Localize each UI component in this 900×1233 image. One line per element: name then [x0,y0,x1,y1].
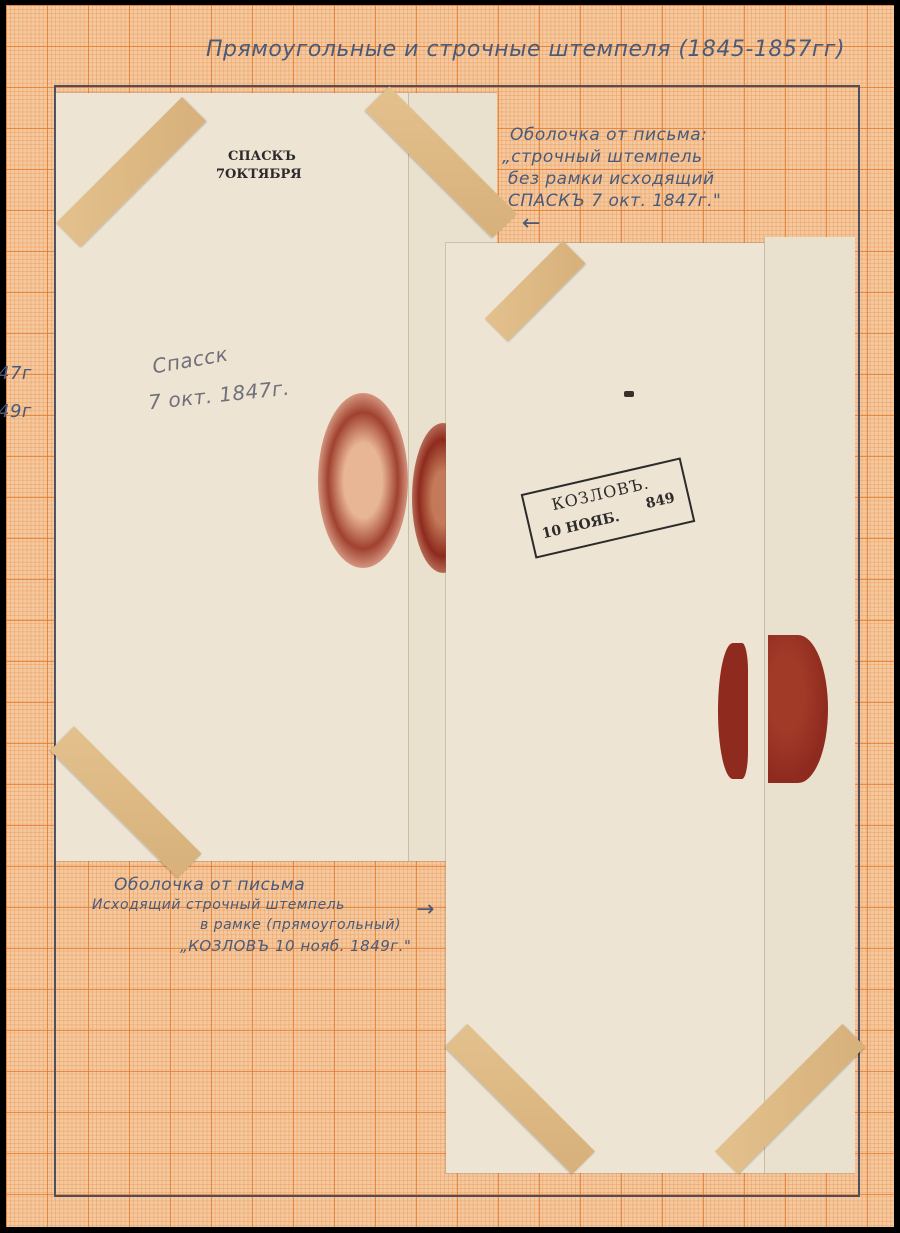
margin-note-top: 47г [0,363,32,384]
note-line: в рамке (прямоугольный) [200,917,401,933]
wax-seal-right-half [768,635,828,783]
note-line: „строчный штемпель [502,147,702,167]
margin-note-bottom: 49г [0,401,32,422]
page-title: Прямоугольные и строчные штемпеля (1845-… [206,37,845,62]
kozlov-postmark: КОЗЛОВЪ. 10 НОЯБ. 849 [521,457,696,558]
frame-right [858,85,860,1197]
note-line: „КОЗЛОВЪ 10 нояб. 1849г." [180,937,411,955]
spassk-postmark-line2: 7ОКТЯБРЯ [216,167,302,182]
ink-mark [624,391,634,397]
frame-top [54,85,860,87]
note-line: Оболочка от письма [114,875,305,895]
kozlov-postmark-line1: КОЗЛОВЪ. [550,473,651,514]
spassk-pencil-line1: Спасск [150,342,229,379]
cover-spassk: СПАСКЪ 7ОКТЯБРЯ Спасск 7 окт. 1847г. [56,93,496,861]
kozlov-postmark-line2: 10 НОЯБ. [540,509,621,542]
wax-seal-left-half [318,393,408,568]
note-line: СПАСКЪ 7 окт. 1847г." [508,191,721,211]
wax-seal-left-fragment [718,643,748,779]
arrow-left-icon: ← [522,211,541,236]
kozlov-postmark-year: 849 [644,490,676,512]
arrow-right-icon: → [416,897,435,922]
spassk-postmark-line1: СПАСКЪ [228,149,296,164]
note-line: Исходящий строчный штемпель [92,897,345,913]
graph-paper-album-page: Прямоугольные и строчные штемпеля (1845-… [6,5,894,1227]
frame-bottom [54,1195,860,1197]
note-line: Оболочка от письма: [510,125,707,145]
cover-kozlov: КОЗЛОВЪ. 10 НОЯБ. 849 [446,243,854,1173]
note-line: без рамки исходящий [508,169,715,189]
spassk-pencil-line2: 7 окт. 1847г. [147,376,291,415]
